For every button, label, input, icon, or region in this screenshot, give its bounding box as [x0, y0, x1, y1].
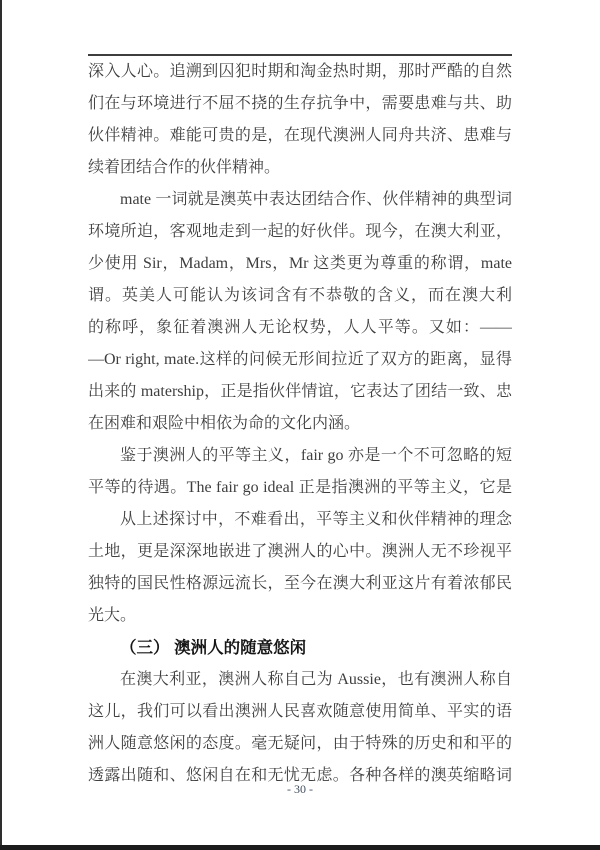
text-line: 土地，更是深深地嵌进了澳洲人的心中。澳洲人无不珍视平等、渴望平等。这种: [88, 536, 512, 568]
document-page: 深入人心。追溯到囚犯时期和淘金热时期，那时严酷的自然环境，艰苦创业的人 们在与环…: [0, 0, 600, 850]
text-line: 在澳大利亚，澳洲人称自己为 Aussie，也有澳洲人称自己的国家为 OZ。从: [88, 664, 512, 696]
text-line: 们在与环境进行不屈不挠的生存抗争中，需要患难与共、助人为乐、团结合作的: [88, 88, 512, 120]
page-bottom-edge-line: [0, 845, 600, 850]
text-line: 在困难和艰险中相依为命的文化内涵。: [88, 408, 512, 440]
text-line: 平等的待遇。The fair go ideal 正是指澳洲的平等主义，它是澳洲国…: [88, 472, 512, 504]
page-number: - 30 -: [0, 782, 600, 797]
text-line: 出来的 matership，正是指伙伴情谊，它表达了团结一致、忠诚不二、相互依赖…: [88, 376, 512, 408]
page-left-edge-line: [0, 0, 2, 850]
text-line: —Or right, mate.这样的问候无形间拉近了双方的距离，显得亲切。由 …: [88, 344, 512, 376]
text-line: 光大。: [88, 600, 512, 632]
text-line: 深入人心。追溯到囚犯时期和淘金热时期，那时严酷的自然环境，艰苦创业的人: [88, 56, 512, 88]
text-line: 独特的国民性格源远流长，至今在澳大利亚这片有着浓郁民族色彩的土地上发扬: [88, 568, 512, 600]
text-line: 这儿，我们可以看出澳洲人民喜欢随意使用简单、平实的语言。这其实反映了澳: [88, 696, 512, 728]
document-body: 深入人心。追溯到囚犯时期和淘金热时期，那时严酷的自然环境，艰苦创业的人 们在与环…: [88, 56, 512, 792]
text-line: 伙伴精神。难能可贵的是，在现代澳洲人同舟共济、患难与共的品行中，依旧延: [88, 120, 512, 152]
section-heading: （三） 澳洲人的随意悠闲: [88, 632, 512, 664]
text-line: 鉴于澳洲人的平等主义，fair go 亦是一个不可忽略的短语，它指平等的机会、: [88, 440, 512, 472]
text-line: mate 一词就是澳英中表达团结合作、伙伴精神的典型词语。mate 是指因为: [88, 184, 512, 216]
text-line: 谓。英美人可能认为该词含有不恭敬的含义，而在澳大利亚，它纯属于一种亲切: [88, 280, 512, 312]
text-line: 续着团结合作的伙伴精神。: [88, 152, 512, 184]
text-line: 从上述探讨中，不难看出，平等主义和伙伴精神的理念已经扎根于澳洲这片: [88, 504, 512, 536]
text-line: 少使用 Sir，Madam，Mrs，Mr 这类更为尊重的称谓，mate 却是被频…: [88, 248, 512, 280]
text-line: 环境所迫，客观地走到一起的好伙伴。现今，在澳大利亚，人们相互见面时，很: [88, 216, 512, 248]
text-line: 洲人随意悠闲的态度。毫无疑问，由于特殊的历史和和平的环境，澳洲人骨子里: [88, 728, 512, 760]
text-line: 的称呼，象征着澳洲人无论权势，人人平等。又如：——How are you goi…: [88, 312, 512, 344]
